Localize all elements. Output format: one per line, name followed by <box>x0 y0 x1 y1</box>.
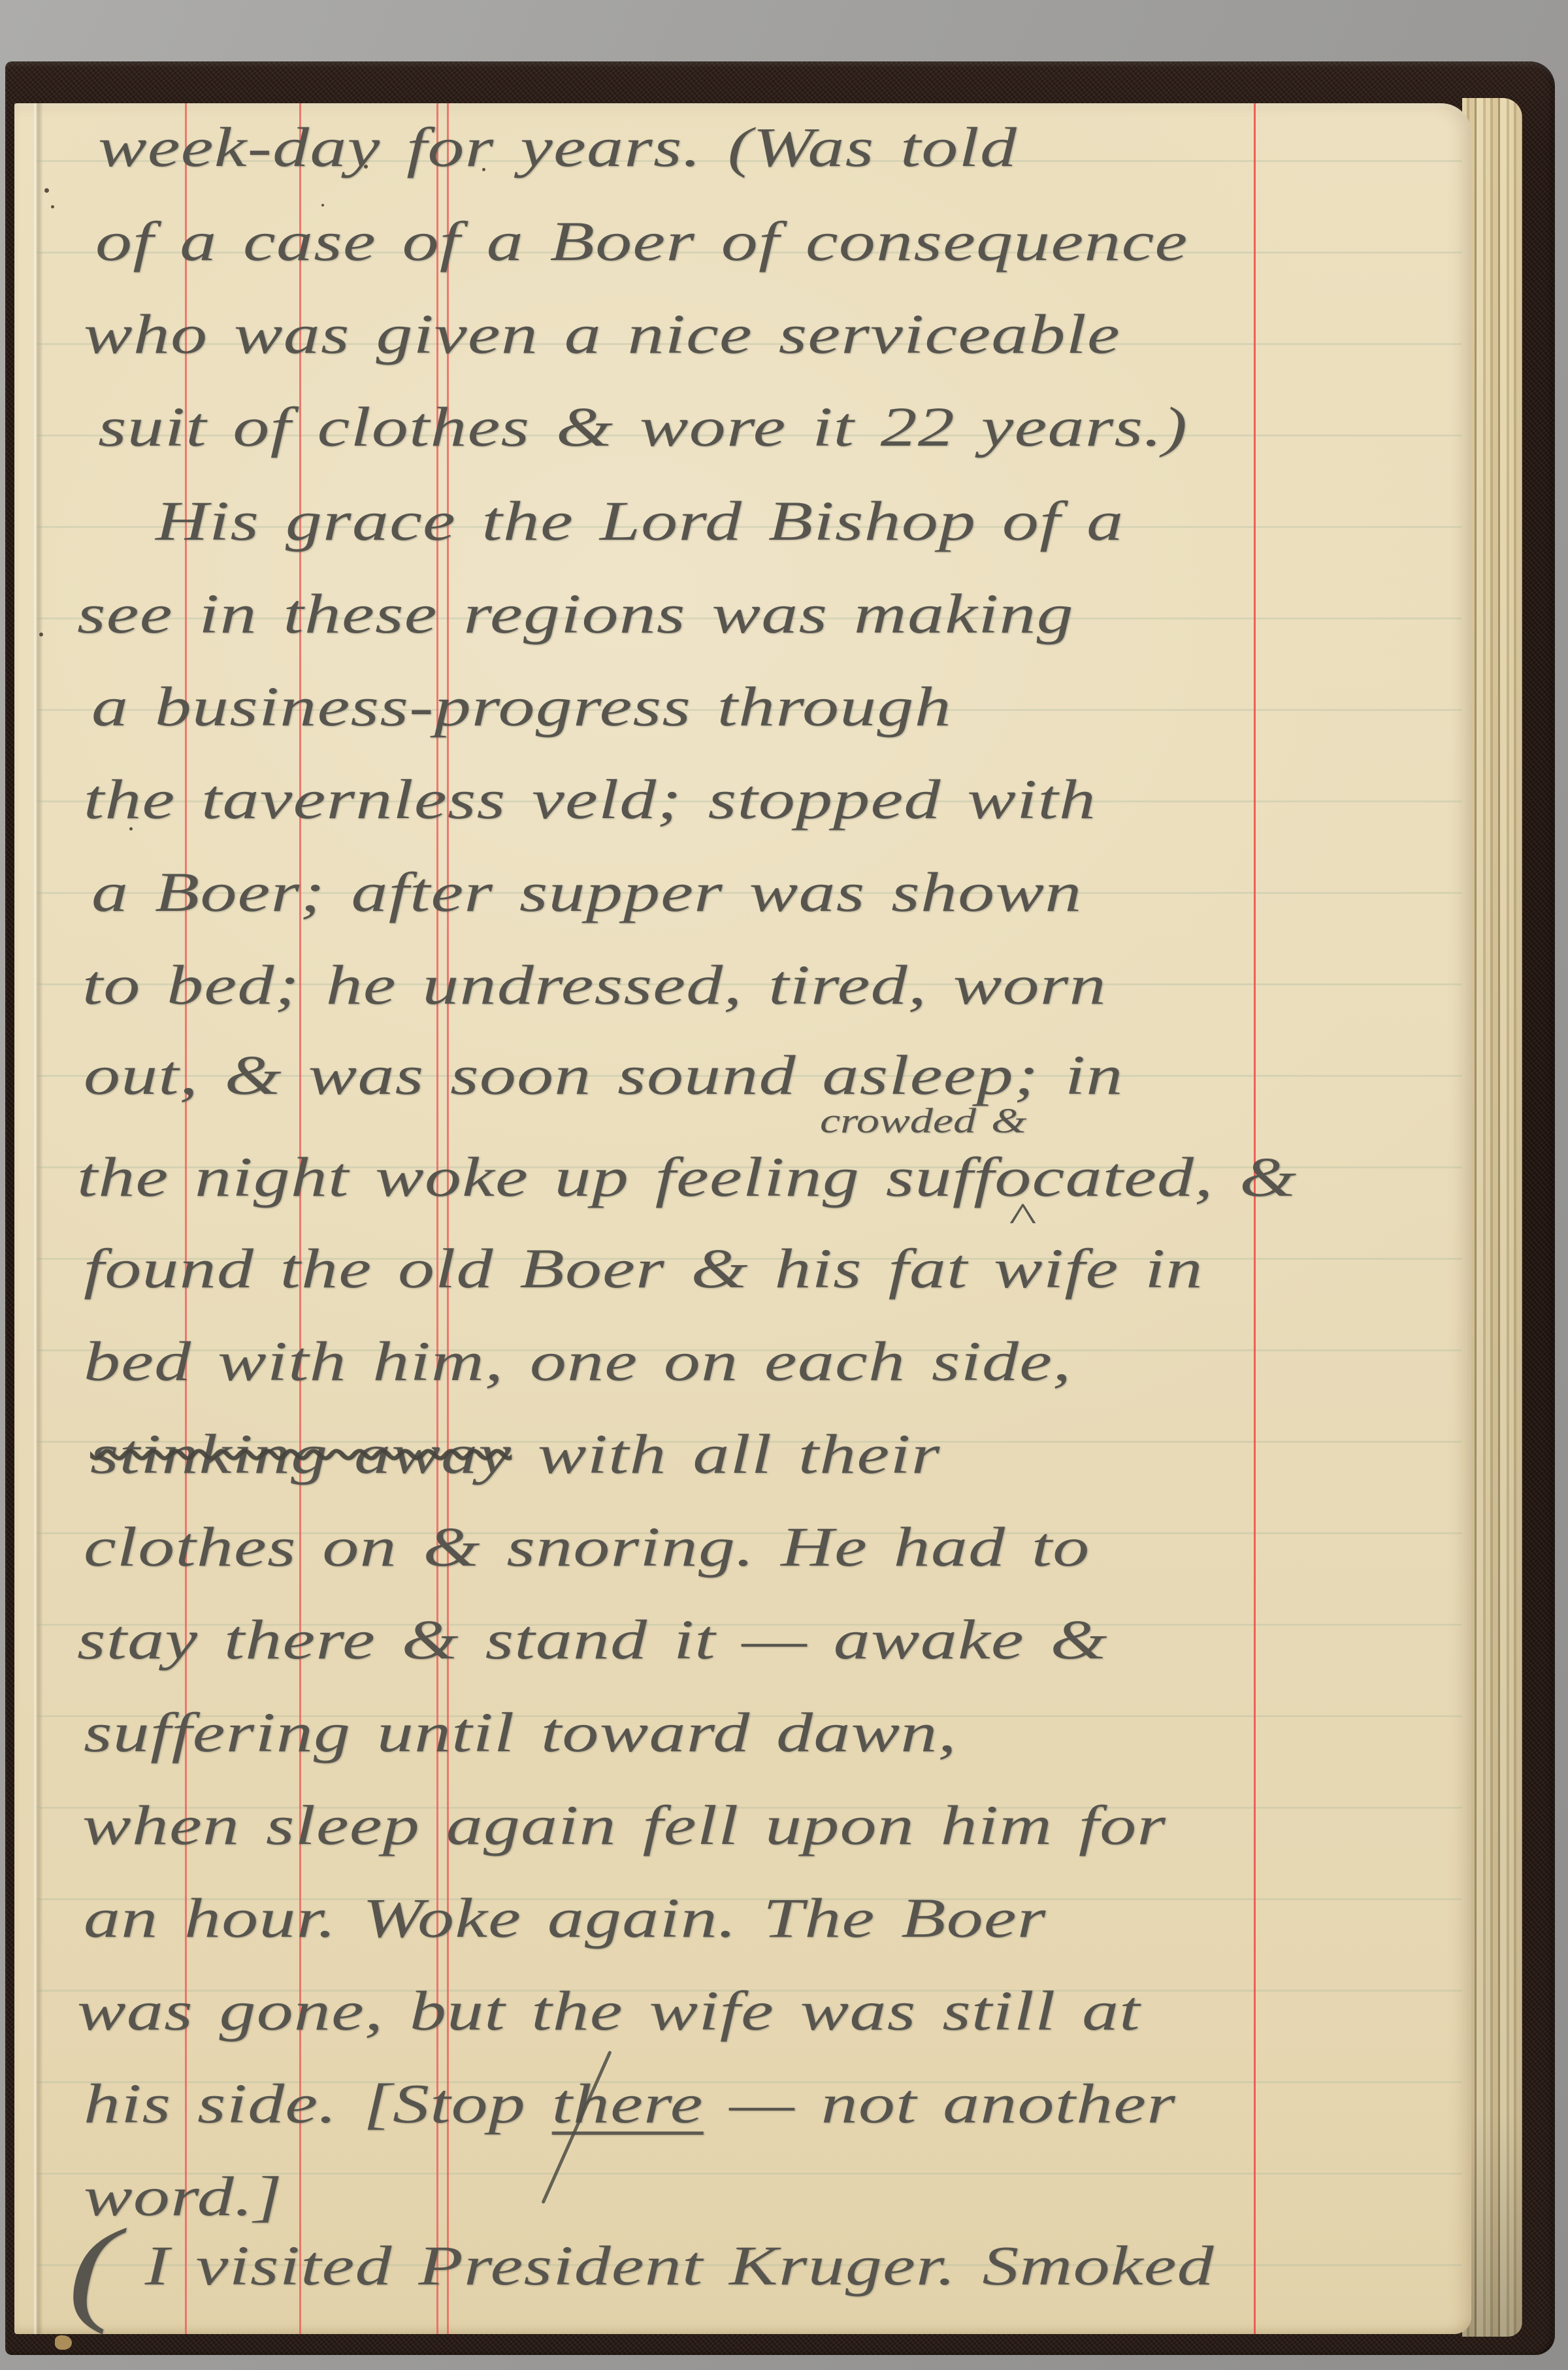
rule-line <box>37 1624 1462 1626</box>
rule-line <box>37 892 1462 894</box>
rule-line <box>37 1990 1462 1992</box>
ink-speck <box>482 168 485 171</box>
rule-line <box>37 1532 1462 1534</box>
red-margin-line <box>436 103 438 2334</box>
rule-line <box>37 1258 1462 1260</box>
photographed-notebook: week-day for years. (Was toldof a case o… <box>0 0 1568 2370</box>
red-margin-line <box>185 103 187 2334</box>
rule-line <box>37 160 1462 162</box>
rule-line <box>37 617 1462 619</box>
notebook-page <box>14 103 1471 2334</box>
ink-speck <box>364 165 368 169</box>
rule-line <box>37 252 1462 254</box>
rule-line <box>37 2264 1462 2266</box>
rule-line <box>37 983 1462 985</box>
ink-speck <box>129 827 133 831</box>
red-margin-line <box>299 103 301 2334</box>
red-margin-line <box>447 103 449 2334</box>
rule-line <box>37 1166 1462 1168</box>
rule-line <box>37 800 1462 802</box>
red-margin-line <box>1254 103 1256 2334</box>
rule-line <box>37 343 1462 345</box>
rule-line <box>37 1349 1462 1351</box>
rule-line <box>37 1075 1462 1077</box>
ink-speck <box>51 205 54 208</box>
rule-line <box>37 1441 1462 1443</box>
ink-speck <box>39 633 43 636</box>
frayed-paper-tuft <box>55 2335 72 2350</box>
ink-speck <box>321 204 324 206</box>
rule-line <box>37 1715 1462 1717</box>
rule-line <box>37 1898 1462 1900</box>
rule-line <box>37 526 1462 528</box>
rule-line <box>37 435 1462 436</box>
rule-line <box>37 1807 1462 1809</box>
rule-line <box>37 709 1462 711</box>
ink-speck <box>44 188 49 193</box>
rule-line <box>37 2081 1462 2083</box>
page-gutter-crease <box>34 103 43 2334</box>
rule-line <box>37 2173 1462 2175</box>
